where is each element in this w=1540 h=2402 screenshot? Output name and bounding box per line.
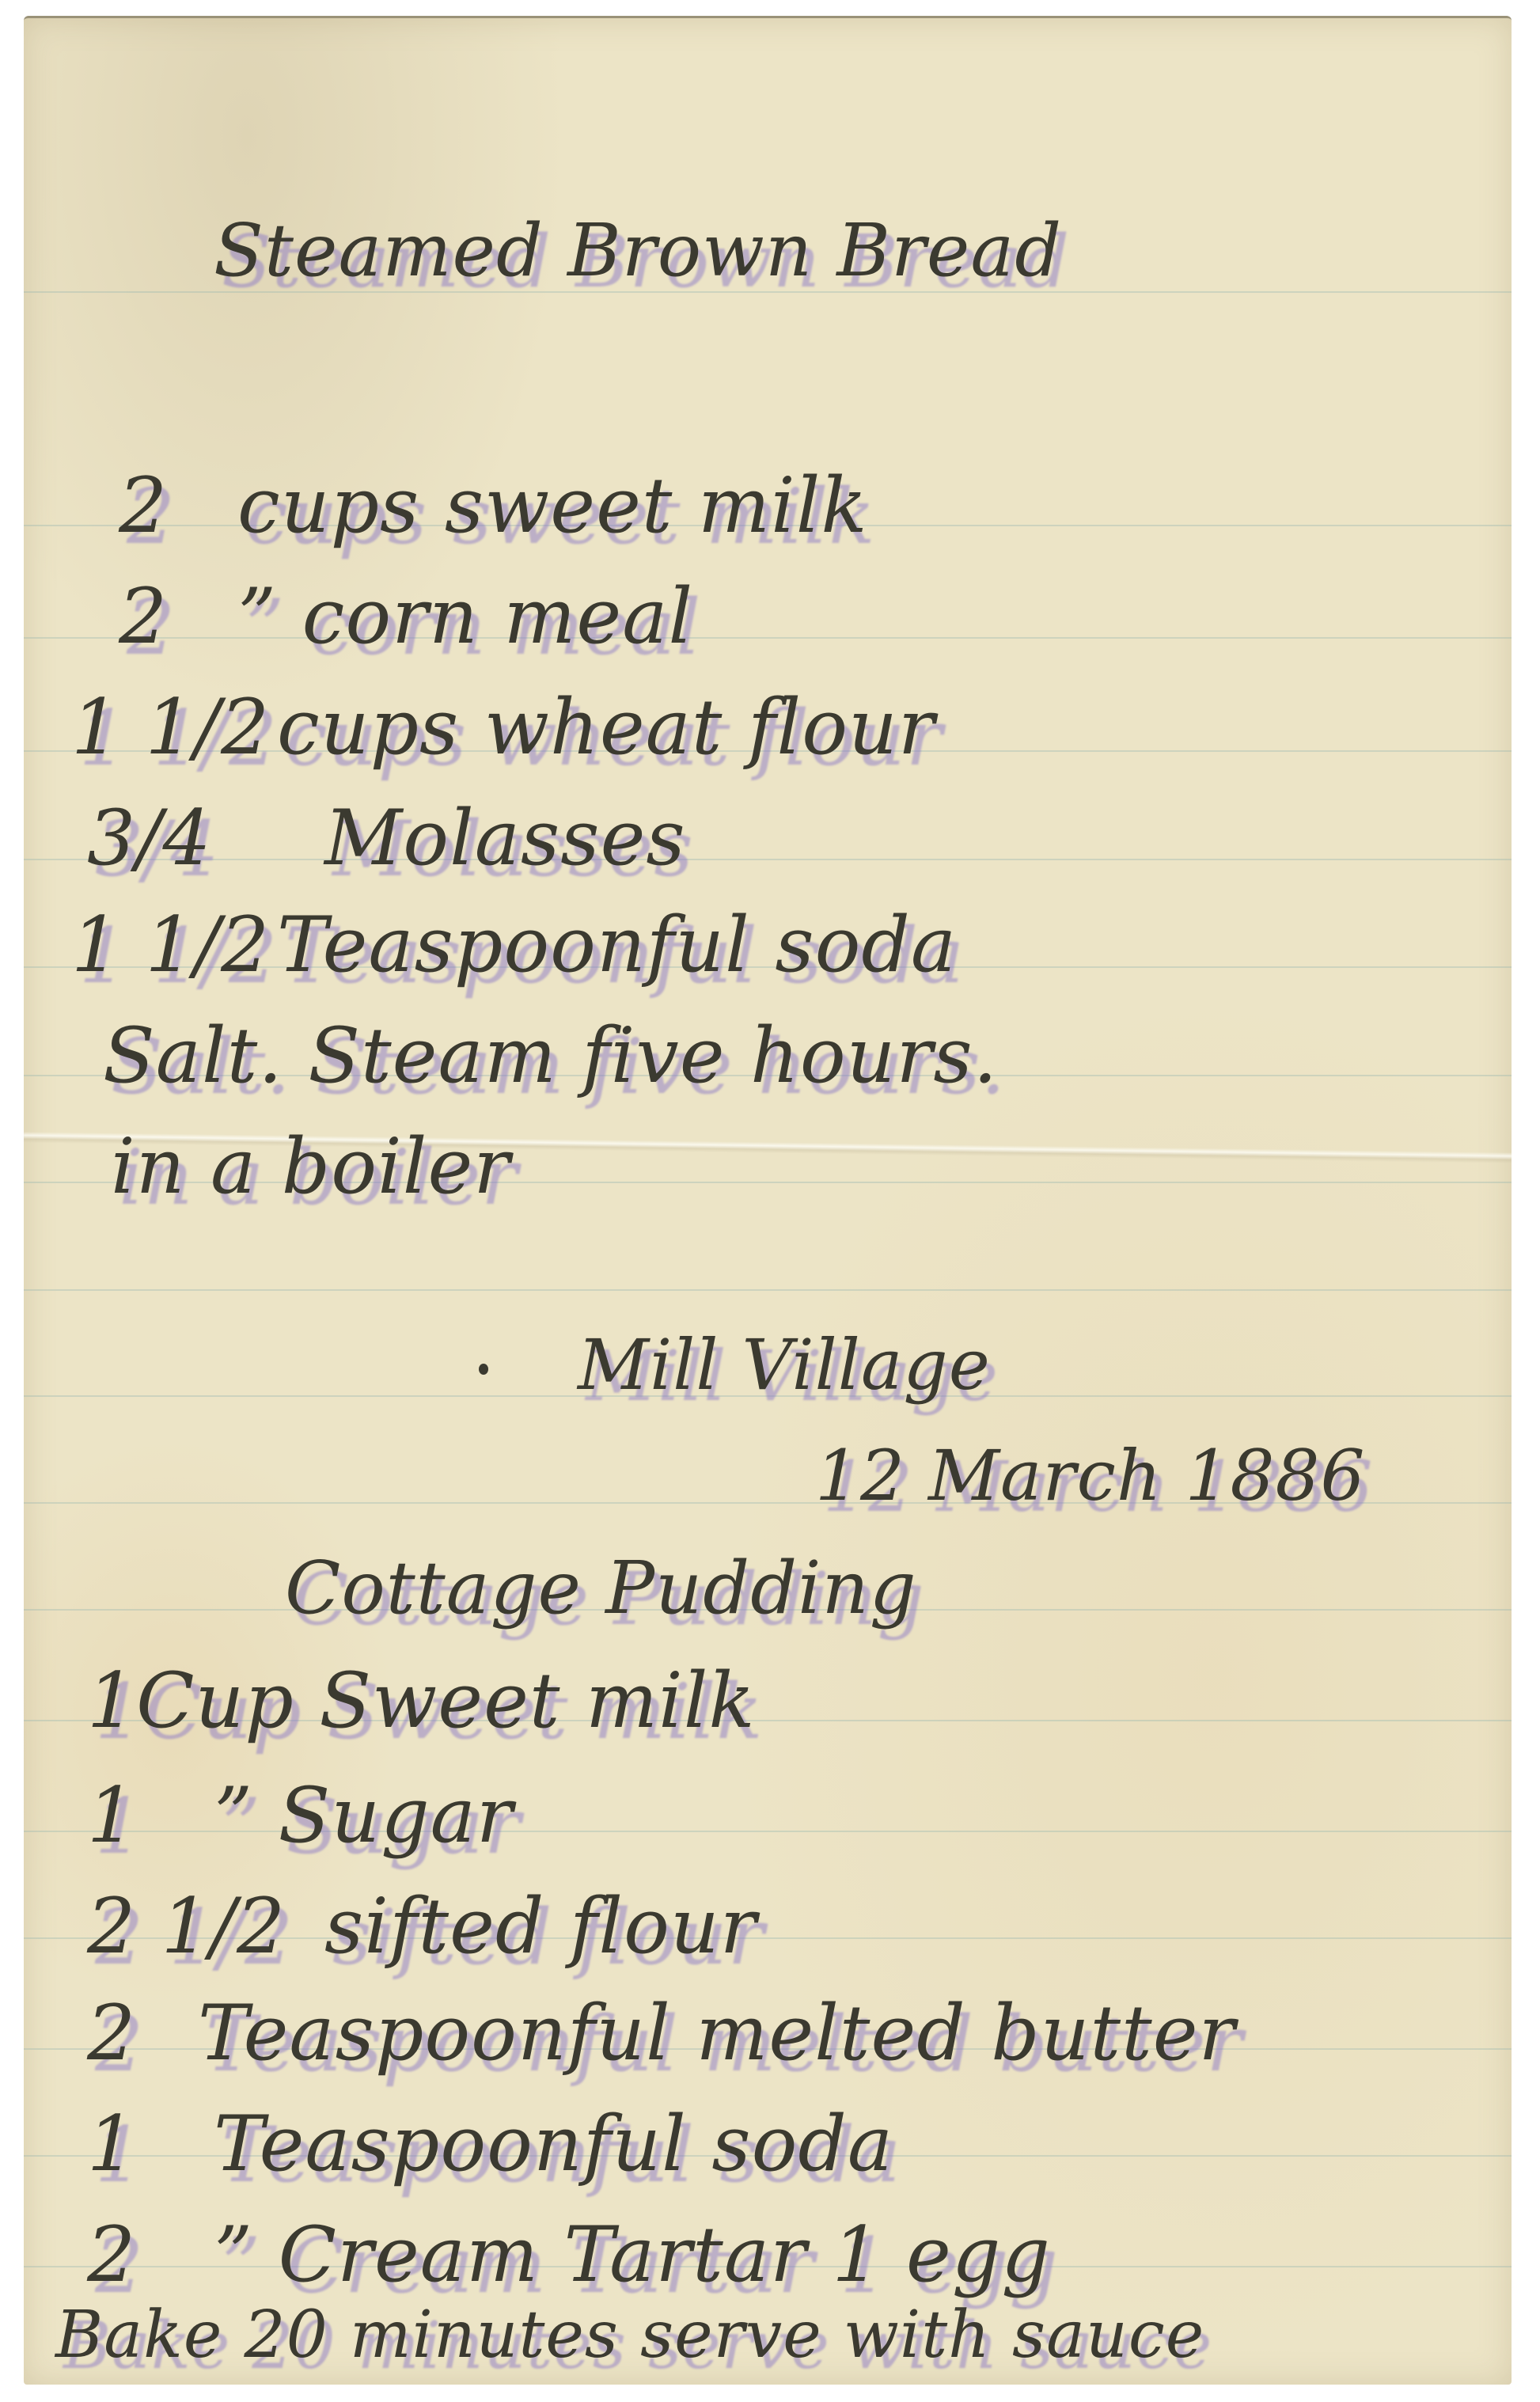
- ingredient-text: Teaspoonful melted butter: [198, 1989, 1235, 2078]
- ingredient-line: 2” Cream Tartar 1 egg: [87, 2210, 1051, 2299]
- ingredient-line: 1Cup Sweet milk: [87, 1656, 756, 1745]
- ingredient-quantity: 1: [87, 1656, 136, 1745]
- ingredient-quantity: 3/4: [87, 794, 324, 882]
- instruction-line: Salt. Steam five hours.: [103, 1011, 998, 1100]
- ingredient-quantity: 1 1/2: [71, 901, 277, 989]
- ingredient-line: 1” Sugar: [87, 1771, 514, 1860]
- ingredient-quantity: 2 1/2: [87, 1882, 324, 1971]
- ingredient-text: cups wheat flour: [277, 683, 935, 772]
- ingredient-line: 1Teaspoonful soda: [87, 2100, 893, 2188]
- ingredient-line: 2Teaspoonful melted butter: [87, 1989, 1235, 2078]
- ruled-line: [24, 1289, 1512, 1291]
- ingredient-quantity: 2: [87, 2210, 214, 2299]
- ingredient-line: 3/4Molasses: [87, 794, 686, 882]
- ingredient-quantity: 2: [119, 572, 237, 661]
- ingredient-text: Cup Sweet milk: [136, 1656, 756, 1745]
- ingredient-line: 1 1/2cups wheat flour: [71, 683, 935, 772]
- instruction-line: Bake 20 minutes serve with sauce: [55, 2298, 1204, 2373]
- ingredient-line: 2cups sweet milk: [119, 461, 868, 550]
- ink-dot: [479, 1364, 488, 1375]
- recipe-title: Steamed Brown Bread: [214, 208, 1062, 293]
- ingredient-line: 1 1/2Teaspoonful soda: [71, 901, 957, 989]
- ingredient-quantity: 2: [87, 1989, 198, 2078]
- ingredient-quantity: 1: [87, 1771, 214, 1860]
- ingredient-quantity: 2: [119, 461, 237, 550]
- ingredient-text: ” corn meal: [237, 572, 693, 661]
- ingredient-text: sifted flour: [324, 1882, 757, 1971]
- ingredient-quantity: 1 1/2: [71, 683, 277, 772]
- instruction-line: in a boiler: [111, 1122, 510, 1211]
- ingredient-text: Molasses: [324, 794, 686, 882]
- date-line: 12 March 1886: [815, 1435, 1365, 1516]
- ingredient-text: Teaspoonful soda: [214, 2100, 893, 2188]
- ingredient-quantity: 1: [87, 2100, 214, 2188]
- recipe-paper-sheet: Steamed Brown Bread 2cups sweet milk 2” …: [24, 16, 1512, 2385]
- ingredient-text: ” Sugar: [214, 1771, 514, 1860]
- place-name: Mill Village: [578, 1324, 991, 1406]
- ingredient-text: Teaspoonful soda: [277, 901, 957, 989]
- ingredient-line: 2 1/2sifted flour: [87, 1882, 757, 1971]
- ingredient-text: cups sweet milk: [237, 461, 868, 550]
- ingredient-text: ” Cream Tartar 1 egg: [214, 2210, 1051, 2299]
- recipe-title: Cottage Pudding: [285, 1546, 917, 1630]
- ingredient-line: 2” corn meal: [119, 572, 693, 661]
